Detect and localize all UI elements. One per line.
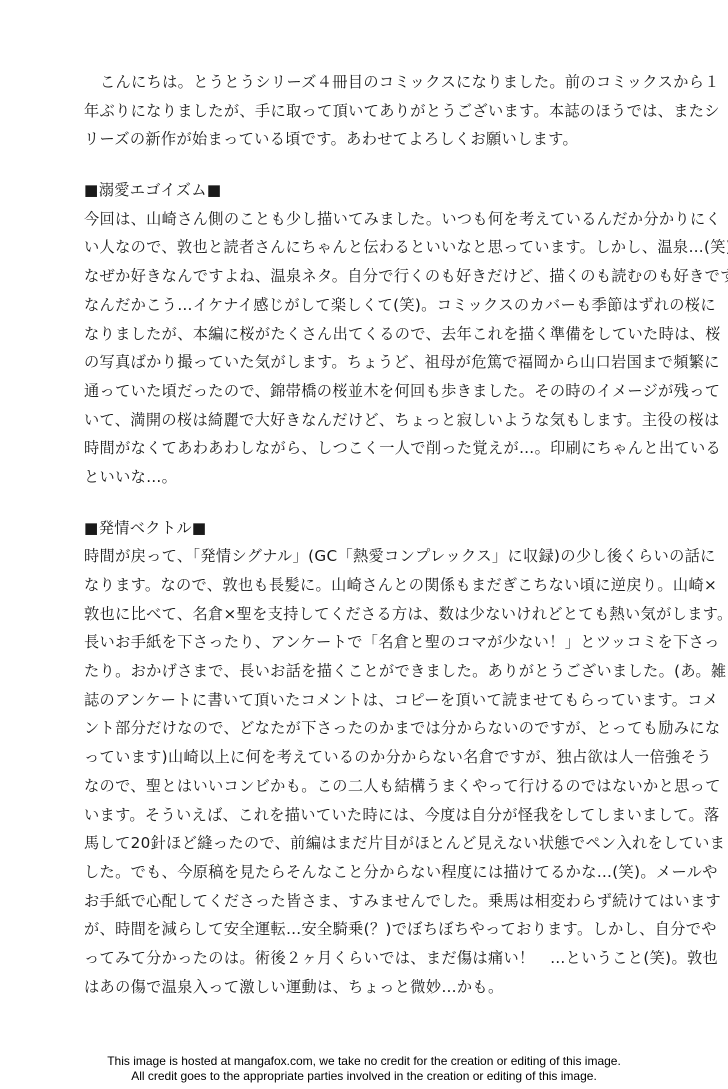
text-line: なりましたが、本編に桜がたくさん出てくるので、去年これを描く準備をしていた時は、… <box>84 320 674 349</box>
text-line: お手紙で心配してくださった皆さま、すみませんでした。乗馬は相変わらず続けてはいま… <box>84 887 674 916</box>
text-line: いて、満開の桜は綺麗で大好きなんだけど、ちょっと寂しいような気もします。主役の桜… <box>84 406 674 435</box>
text-line: います。そういえば、これを描いていた時には、今度は自分が怪我をしてしまいまして。… <box>84 801 674 830</box>
text-line: 通っていた頃だったので、錦帯橋の桜並木を何回も歩きました。その時のイメージが残っ… <box>84 377 674 406</box>
text-line: 誌のアンケートに書いて頂いたコメントは、コピーを頂いて読ませてもらっています。コ… <box>84 686 674 715</box>
text-line: たり。おかげさまで、長いお話を描くことができました。ありがとうございました。(あ… <box>84 657 674 686</box>
text-line: といいな…。 <box>84 463 674 492</box>
text-line: 年ぶりになりましたが、手に取って頂いてありがとうございます。本誌のほうでは、また… <box>84 97 674 126</box>
text-line: の写真ばかり撮っていた気がします。ちょうど、祖母が危篤で福岡から山口岩国まで頻繁… <box>84 348 674 377</box>
text-line: こんにちは。とうとうシリーズ４冊目のコミックスになりました。前のコミックスから１ <box>84 68 674 97</box>
text-line: なんだかこう…イケナイ感じがして楽しくて(笑)。コミックスのカバーも季節はずれの… <box>84 291 674 320</box>
section-heading: ■溺愛エゴイズム■ <box>84 176 674 205</box>
section-gap <box>84 492 674 514</box>
afterword-page: こんにちは。とうとうシリーズ４冊目のコミックスになりました。前のコミックスから１… <box>84 68 674 1001</box>
text-line: 長いお手紙を下さったり、アンケートで「名倉と聖のコマが少ない！」とツッコミを下さ… <box>84 628 674 657</box>
text-line: 時間がなくてあわあわしながら、しつこく一人で削った覚えが…。印刷にちゃんと出てい… <box>84 434 674 463</box>
section-hatsujou-vector: ■発情ベクトル■ 時間が戻って、「発情シグナル」(GC「熱愛コンプレックス」に収… <box>84 514 674 1002</box>
text-line: リーズの新作が始まっている頃です。あわせてよろしくお願いします。 <box>84 125 674 154</box>
text-line: っています)山崎以上に何を考えているのか分からない名倉ですが、独占欲は人一倍強そ… <box>84 743 674 772</box>
text-line: なぜか好きなんですよね、温泉ネタ。自分で行くのも好きだけど、描くのも読むのも好き… <box>84 262 674 291</box>
credit-line-1: This image is hosted at mangafox.com, we… <box>0 1054 728 1069</box>
text-line: した。でも、今原稿を見たらそんなこと分からない程度には描けてるかな…(笑)。メー… <box>84 858 674 887</box>
hosting-credit: This image is hosted at mangafox.com, we… <box>0 1054 728 1084</box>
text-line: はあの傷で温泉入って激しい運動は、ちょっと微妙…かも。 <box>84 973 674 1002</box>
text-line: い人なので、敦也と読者さんにちゃんと伝わるといいなと思っています。しかし、温泉…… <box>84 233 674 262</box>
text-line: 今回は、山崎さん側のことも少し描いてみました。いつも何を考えているんだか分かりに… <box>84 205 674 234</box>
text-line: なります。なので、敦也も長髪に。山崎さんとの関係もまだぎこちない頃に逆戻り。山崎… <box>84 571 674 600</box>
text-line: ント部分だけなので、どなたが下さったのかまでは分からないのですが、とっても励みに… <box>84 714 674 743</box>
text-line: ってみて分かったのは。術後２ヶ月くらいでは、まだ傷は痛い！ …ということ(笑)。… <box>84 944 674 973</box>
section-dekiai-egoism: ■溺愛エゴイズム■ 今回は、山崎さん側のことも少し描いてみました。いつも何を考え… <box>84 176 674 492</box>
text-line: なので、聖とはいいコンビかも。この二人も結構うまくやって行けるのではないかと思っ… <box>84 772 674 801</box>
credit-line-2: All credit goes to the appropriate parti… <box>0 1069 728 1084</box>
intro-paragraph: こんにちは。とうとうシリーズ４冊目のコミックスになりました。前のコミックスから１… <box>84 68 674 154</box>
text-line: が、時間を減らして安全運転…安全騎乗(？)でぼちぼちやっております。しかし、自分… <box>84 915 674 944</box>
text-line: 馬して20針ほど縫ったので、前編はまだ片目がほとんど見えない状態でペン入れをして… <box>84 829 674 858</box>
section-heading: ■発情ベクトル■ <box>84 514 674 543</box>
text-line: 敦也に比べて、名倉×聖を支持してくださる方は、数は少ないけれどとても熱い気がしま… <box>84 600 674 629</box>
section-gap <box>84 154 674 176</box>
text-line: 時間が戻って、「発情シグナル」(GC「熱愛コンプレックス」に収録)の少し後くらい… <box>84 542 674 571</box>
